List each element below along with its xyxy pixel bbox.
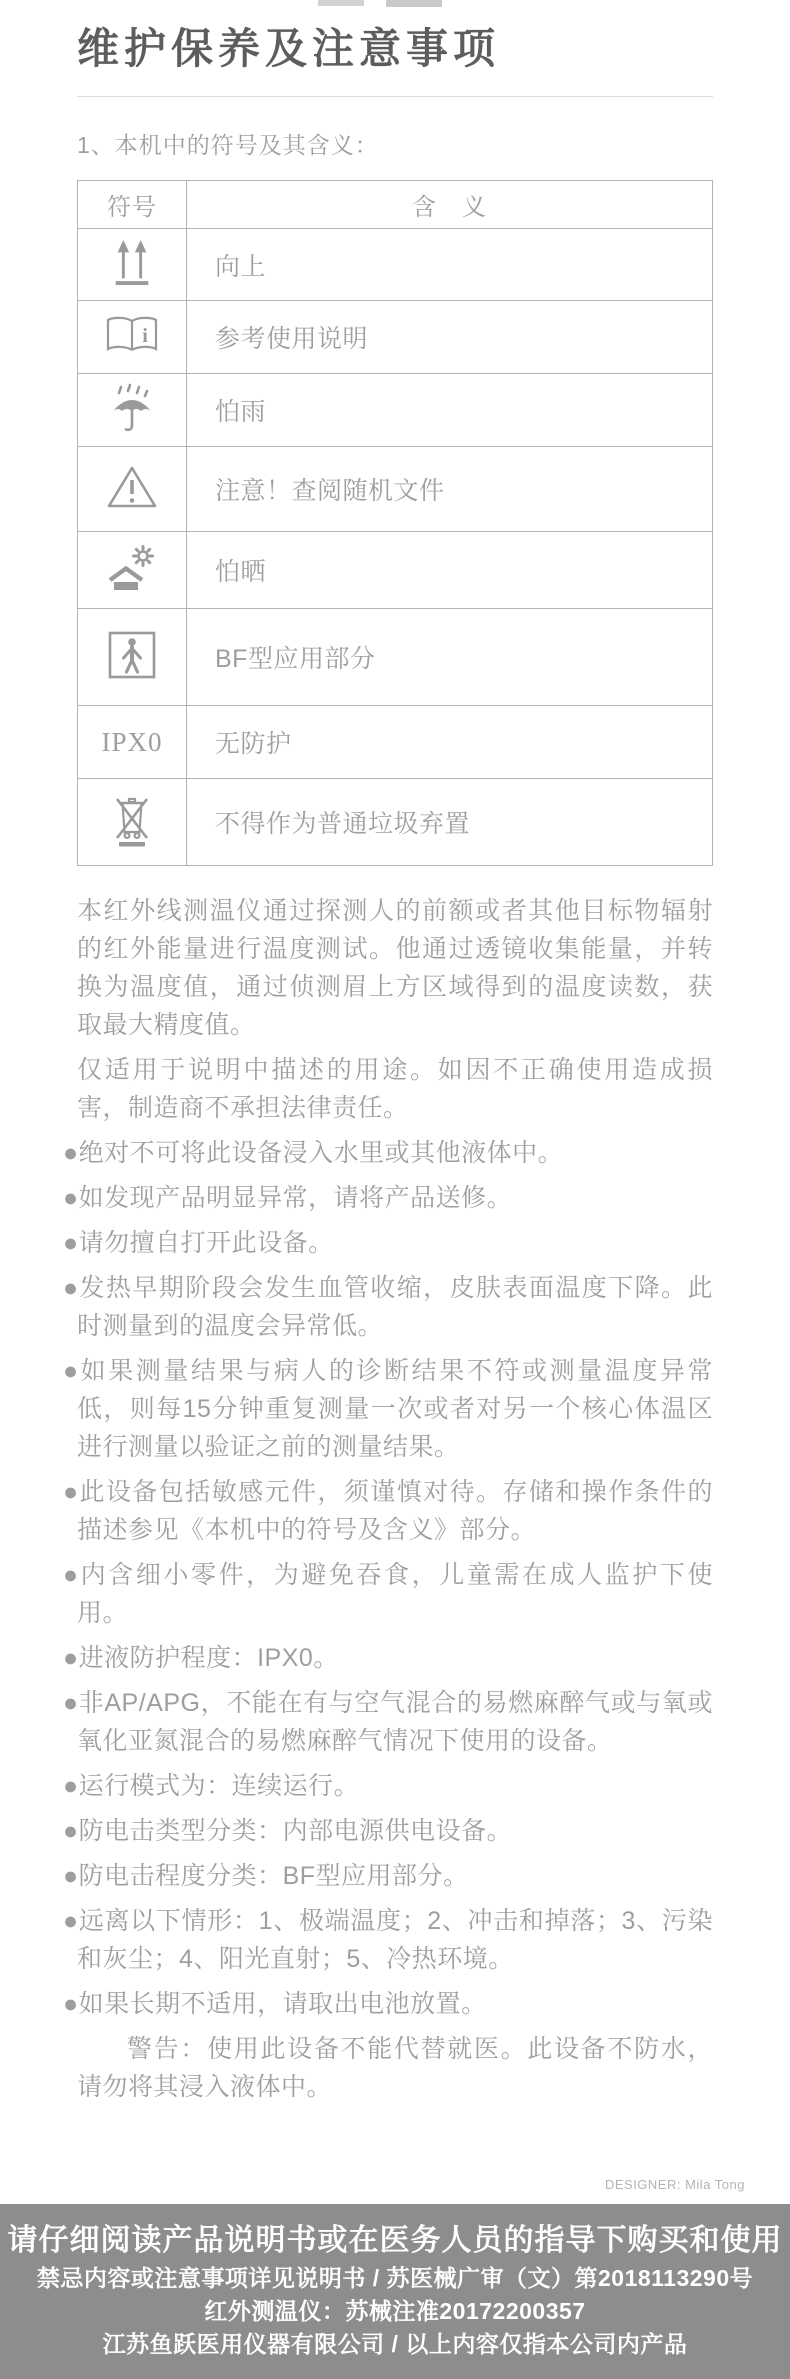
- bullet-item: ●防电击类型分类：内部电源供电设备。: [77, 1812, 713, 1850]
- no-general-waste-icon: [109, 792, 155, 848]
- symbol-cell: [78, 609, 187, 706]
- symbol-row: 怕晒: [78, 532, 713, 609]
- symbol-cell: [78, 374, 187, 447]
- manual-page: 维护保养及注意事项 1、本机中的符号及其含义： 符号 含 义 向上: [0, 0, 790, 2379]
- section-heading: 1、本机中的符号及其含义：: [77, 127, 713, 160]
- footer-notice-bar: 请仔细阅读产品说明书或在医务人员的指导下购买和使用 禁忌内容或注意事项详见说明书…: [0, 2204, 790, 2379]
- symbol-row: i 参考使用说明: [78, 301, 713, 374]
- symbol-row: 怕雨: [78, 374, 713, 447]
- cropped-glyph: [318, 0, 364, 6]
- symbol-meaning: 注意！查阅随机文件: [187, 447, 713, 532]
- bullet-item: ●内含细小零件，为避免吞食，儿童需在成人监护下使用。: [77, 1556, 713, 1632]
- symbol-cell: [78, 779, 187, 866]
- footer-line-3: 红外测温仪：苏械注准20172200357: [0, 2295, 790, 2328]
- bullet-item: ●如果长期不适用，请取出电池放置。: [77, 1985, 713, 2023]
- cropped-glyph: [386, 0, 442, 7]
- symbol-column-header: 符号: [78, 181, 187, 229]
- bullet-item: ●非AP/APG，不能在有与空气混合的易燃麻醉气或与氧或氧化亚氮混合的易燃麻醉气…: [77, 1684, 713, 1760]
- table-header-row: 符号 含 义: [78, 181, 713, 229]
- symbol-row: 注意！查阅随机文件: [78, 447, 713, 532]
- body-text: 本红外线测温仪通过探测人的前额或者其他目标物辐射的红外能量进行温度测试。他通过透…: [77, 892, 713, 2106]
- bullet-item: ●绝对不可将此设备浸入水里或其他液体中。: [77, 1134, 713, 1172]
- symbol-meaning: 无防护: [187, 706, 713, 779]
- footer-line-1: 请仔细阅读产品说明书或在医务人员的指导下购买和使用: [0, 2220, 790, 2262]
- title-divider: [77, 96, 713, 97]
- symbol-row: 向上: [78, 229, 713, 301]
- keep-away-from-sunlight-icon: [105, 545, 159, 591]
- symbol-cell: i: [78, 301, 187, 374]
- footer-line-2: 禁忌内容或注意事项详见说明书 / 苏医械广审（文）第2018113290号: [0, 2262, 790, 2295]
- symbol-cell: IPX0: [78, 706, 187, 779]
- bullet-item: ●如发现产品明显异常，请将产品送修。: [77, 1179, 713, 1217]
- type-bf-applied-part-icon: [107, 630, 157, 680]
- footer-group: DESIGNER: Mila Tong 请仔细阅读产品说明书或在医务人员的指导下…: [0, 2177, 790, 2379]
- body-paragraph: 本红外线测温仪通过探测人的前额或者其他目标物辐射的红外能量进行温度测试。他通过透…: [77, 892, 713, 1044]
- bullet-item: ●进液防护程度：IPX0。: [77, 1639, 713, 1677]
- ipx0-text: IPX0: [101, 727, 162, 757]
- attention-icon: [105, 463, 159, 511]
- symbols-table: 符号 含 义 向上 i 参考使用说明: [77, 180, 713, 866]
- symbol-cell: [78, 229, 187, 301]
- symbol-row: BF型应用部分: [78, 609, 713, 706]
- footer-line-4: 江苏鱼跃医用仪器有限公司 / 以上内容仅指本公司内产品: [0, 2328, 790, 2361]
- page-title: 维护保养及注意事项: [77, 22, 713, 76]
- content-area: 维护保养及注意事项 1、本机中的符号及其含义： 符号 含 义 向上: [0, 0, 790, 2113]
- bullet-item: ●请勿擅自打开此设备。: [77, 1224, 713, 1262]
- instruction-manual-icon: i: [104, 314, 160, 356]
- symbols-table-body: 向上 i 参考使用说明 怕雨 注意！查阅随机文件: [78, 229, 713, 866]
- symbol-meaning: 向上: [187, 229, 713, 301]
- symbol-meaning: 不得作为普通垃圾弃置: [187, 779, 713, 866]
- bullet-item: ●运行模式为：连续运行。: [77, 1767, 713, 1805]
- symbol-row: 不得作为普通垃圾弃置: [78, 779, 713, 866]
- body-paragraph: 仅适用于说明中描述的用途。如因不正确使用造成损害，制造商不承担法律责任。: [77, 1051, 713, 1127]
- svg-text:i: i: [142, 325, 148, 347]
- symbol-meaning: 参考使用说明: [187, 301, 713, 374]
- warning-paragraph: 警告：使用此设备不能代替就医。此设备不防水，请勿将其浸入液体中。: [77, 2030, 713, 2106]
- symbol-cell: [78, 447, 187, 532]
- bullet-item: ●防电击程度分类：BF型应用部分。: [77, 1857, 713, 1895]
- symbol-meaning: 怕雨: [187, 374, 713, 447]
- keep-dry-icon: [108, 383, 156, 433]
- symbol-meaning: 怕晒: [187, 532, 713, 609]
- symbol-cell: [78, 532, 187, 609]
- bullet-item: ●此设备包括敏感元件，须谨慎对待。存储和操作条件的描述参见《本机中的符号及含义》…: [77, 1473, 713, 1549]
- up-arrows-icon: [109, 238, 155, 286]
- symbol-meaning: BF型应用部分: [187, 609, 713, 706]
- symbol-row: IPX0无防护: [78, 706, 713, 779]
- bullet-item: ●如果测量结果与病人的诊断结果不符或测量温度异常低，则每15分钟重复测量一次或者…: [77, 1352, 713, 1466]
- bullet-item: ●远离以下情形：1、极端温度；2、冲击和掉落；3、污染和灰尘；4、阳光直射；5、…: [77, 1902, 713, 1978]
- meaning-column-header: 含 义: [187, 181, 713, 229]
- bullet-item: ●发热早期阶段会发生血管收缩，皮肤表面温度下降。此时测量到的温度会异常低。: [77, 1269, 713, 1345]
- designer-credit: DESIGNER: Mila Tong: [0, 2177, 790, 2204]
